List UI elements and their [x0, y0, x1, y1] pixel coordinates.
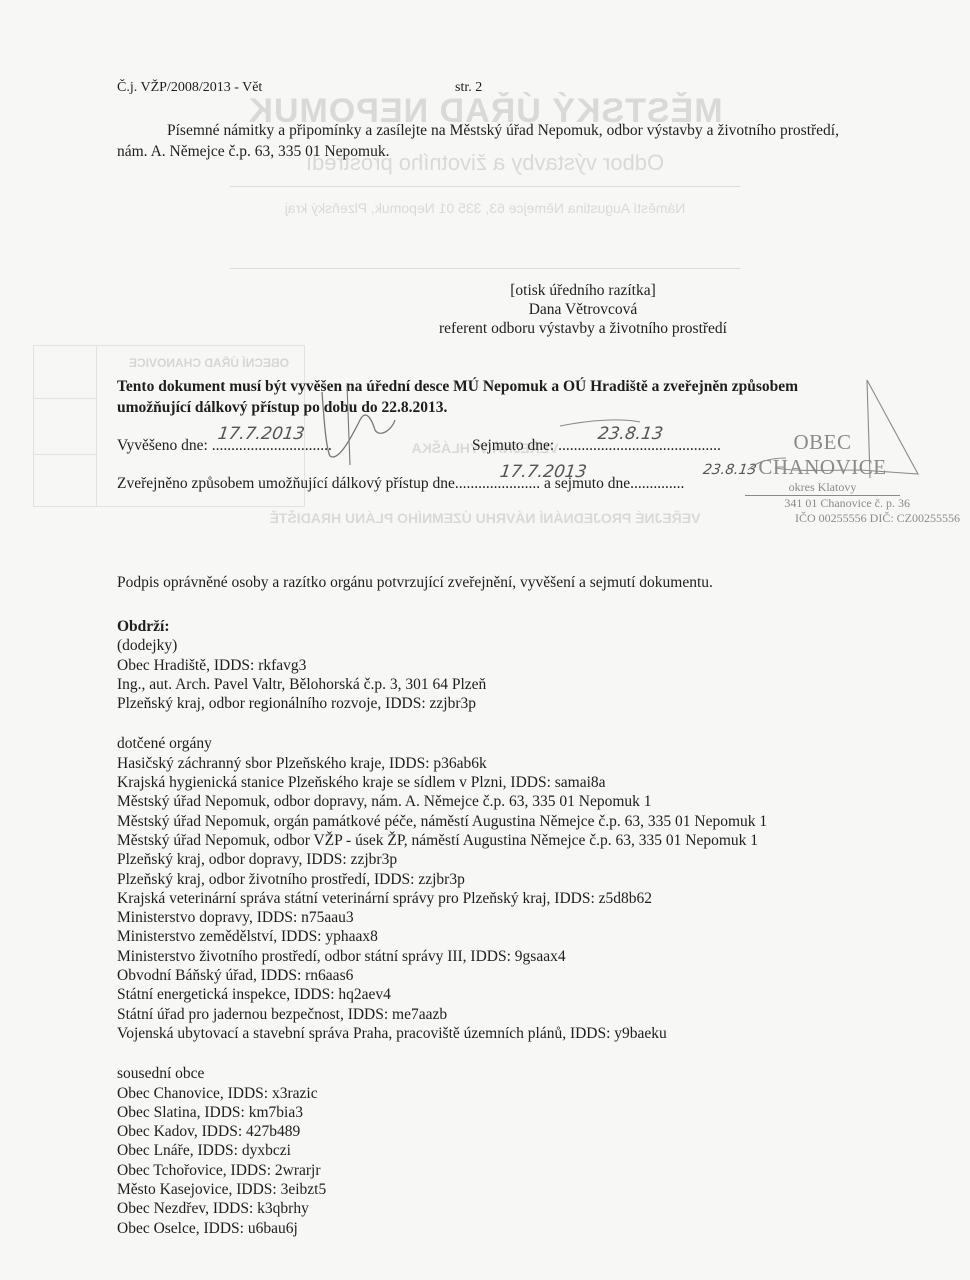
stamp-placeholder: [otisk úředního razítka] — [196, 281, 970, 300]
recipient-item: Státní úřad pro jadernou bezpečnost, IDD… — [117, 1005, 767, 1024]
recipient-item: Plzeňský kraj, odbor regionálního rozvoj… — [117, 694, 767, 713]
signature-request: Podpis oprávněné osoby a razítko orgánu … — [117, 573, 713, 594]
recipient-item: Obec Slatina, IDDS: km7bia3 — [117, 1103, 767, 1122]
stamp-district: okres Klatovy — [745, 480, 900, 496]
recipient-item: Obec Tchořovice, IDDS: 2wrarjr — [117, 1161, 767, 1180]
bleed-address: Náměstí Augustina Němejce 63, 335 01 Nep… — [0, 200, 970, 216]
removed-label: Sejmuto dne: — [472, 437, 554, 454]
signatory-role: referent odboru výstavby a životního pro… — [196, 319, 970, 338]
recipient-item: Plzeňský kraj, odbor životního prostředí… — [117, 870, 767, 889]
recipient-item: Obec Lnáře, IDDS: dyxbczi — [117, 1141, 767, 1160]
stamp-title: OBEC CHANOVICE — [735, 430, 910, 480]
recipient-item: Obec Oselce, IDDS: u6bau6j — [117, 1219, 767, 1238]
recipient-item: Obec Nezdřev, IDDS: k3qbrhy — [117, 1199, 767, 1218]
recipient-item: Plzeňský kraj, odbor dopravy, IDDS: zzjb… — [117, 850, 767, 869]
recipient-item: Obec Chanovice, IDDS: x3razic — [117, 1084, 767, 1103]
recipient-item: Ministerstvo životního prostředí, odbor … — [117, 947, 767, 966]
signatory-name: Dana Větrovcová — [196, 300, 970, 319]
intro-paragraph: Písemné námitky a připomínky a zasílejte… — [117, 121, 839, 162]
recipient-item: Vojenská ubytovací a stavební správa Pra… — [117, 1024, 767, 1043]
recipient-group-label: sousední obce — [117, 1064, 767, 1083]
recipient-item: Ministerstvo dopravy, IDDS: n75aau3 — [117, 908, 767, 927]
chanovice-stamp: OBEC CHANOVICE okres Klatovy 341 01 Chan… — [735, 430, 910, 526]
bleed-rule — [230, 186, 740, 187]
posted-date-handwritten: 17.7.2013 — [217, 424, 306, 444]
recipient-item: Obvodní Báňský úřad, IDDS: rn6aas6 — [117, 966, 767, 985]
recipient-group-label: (dodejky) — [117, 636, 767, 655]
group-spacer — [117, 713, 767, 734]
recipient-item: Ing., aut. Arch. Pavel Valtr, Bělohorská… — [117, 675, 767, 694]
stamp-divider — [34, 454, 96, 455]
recipient-item: Městský úřad Nepomuk, odbor VŽP - úsek Ž… — [117, 831, 767, 850]
recipient-item: Hasičský záchranný sbor Plzeňského kraje… — [117, 754, 767, 773]
document-reference: Č.j. VŽP/2008/2013 - Vět — [117, 78, 262, 99]
faint-stamp-title: OBECNÍ ÚŘAD CHANOVICE — [129, 356, 289, 370]
posting-notice: Tento dokument musí být vyvěšen na úředn… — [117, 377, 847, 418]
signature-block: [otisk úředního razítka] Dana Větrovcová… — [0, 281, 970, 338]
stamp-ids: IČO 00255556 DIČ: CZ00255556 — [735, 511, 960, 526]
published-row: Zveřejněno způsobem umožňující dálkový p… — [117, 474, 684, 495]
recipient-item: Obec Hradiště, IDDS: rkfavg3 — [117, 656, 767, 675]
recipients-list: Obdrží: (dodejky)Obec Hradiště, IDDS: rk… — [117, 611, 767, 1238]
stamp-divider — [34, 398, 96, 399]
stamp-divider — [96, 346, 97, 506]
recipient-item: Městský úřad Nepomuk, orgán památkové pé… — [117, 812, 767, 831]
removed-date-handwritten: 23.8.13 — [597, 424, 665, 444]
recipient-item: Krajská veterinární správa státní veteri… — [117, 889, 767, 908]
recipient-item: Městský úřad Nepomuk, odbor dopravy, nám… — [117, 792, 767, 811]
page-number: str. 2 — [455, 78, 482, 99]
recipient-item: Ministerstvo zemědělství, IDDS: yphaax8 — [117, 927, 767, 946]
recipient-group-label: dotčené orgány — [117, 734, 767, 753]
recipients-heading: Obdrží: — [117, 617, 767, 636]
posted-label: Vyvěšeno dne: — [117, 437, 208, 454]
published-label: Zveřejněno způsobem umožňující dálkový p… — [117, 475, 455, 492]
recipient-item: Obec Kadov, IDDS: 427b489 — [117, 1122, 767, 1141]
document-page: MĚSTSKÝ ÚŘAD NEPOMUK Odbor výstavby a ži… — [0, 0, 970, 1280]
recipient-item: Město Kasejovice, IDDS: 3eibzt5 — [117, 1180, 767, 1199]
stamp-address: 341 01 Chanovice č. p. 36 — [735, 496, 910, 511]
recipient-item: Krajská hygienická stanice Plzeňského kr… — [117, 773, 767, 792]
recipient-item: Státní energetická inspekce, IDDS: hq2ae… — [117, 985, 767, 1004]
group-spacer — [117, 1043, 767, 1064]
published-date-handwritten: 17.7.2013 — [499, 462, 588, 482]
bleed-rule — [230, 268, 740, 269]
published-removed-dots: .............. — [630, 475, 684, 492]
